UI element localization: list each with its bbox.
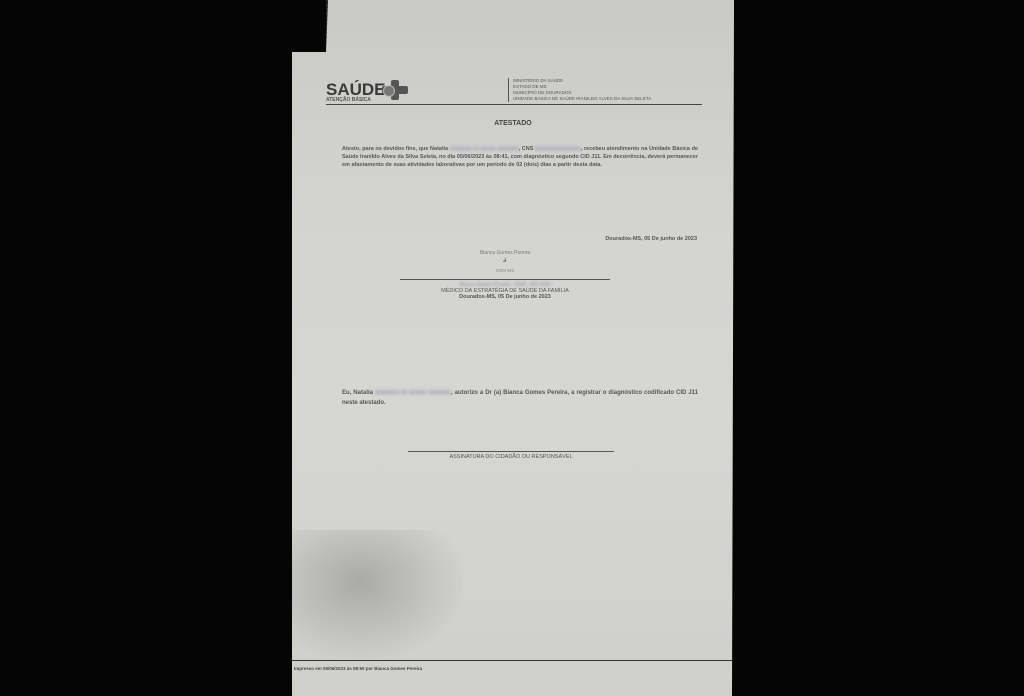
health-cross-icon — [382, 80, 408, 100]
sus-logo-subtitle: ATENÇÃO BÁSICA — [326, 97, 371, 103]
signature-stamp: CRM-MS — [400, 268, 610, 273]
auth-text-1: Eu, Natalia — [342, 390, 375, 396]
citizen-signature-label: ASSINATURA DO CIDADÃO OU RESPONSÁVEL — [408, 454, 614, 460]
doctor-signature-block: Bianca Gomes Pereira 𝓈 CRM-MS Bianca Gom… — [400, 250, 610, 300]
signature-scrawl: 𝓈 — [400, 256, 610, 264]
footer-divider — [292, 660, 734, 661]
signature-date: Dourados-MS, 05 De junho de 2023 — [400, 294, 610, 300]
body-text-1: Atesto, para os devidos fins, que Natali… — [342, 146, 450, 152]
body-text-2: , CNS — [519, 146, 535, 152]
authorization-text: Eu, Natalia xxxxxxx xx xxxxx xxxxxxx, au… — [342, 388, 698, 408]
document-page: SAÚDE ATENÇÃO BÁSICA Ministério da Saúde… — [292, 0, 734, 696]
print-footer: Impresso em 05/06/2023 às 08:50 por Bian… — [294, 666, 422, 671]
redacted-crm: Bianca Gomes Pereira - CRM - MS 0000 — [400, 282, 610, 288]
citizen-signature-line — [408, 451, 614, 452]
redacted-patient-name: xxxxxxx xx xxxxx xxxxxxx — [375, 390, 451, 396]
org-line: Unidade Básica de Saúde Iranildo Alves d… — [513, 96, 713, 102]
header-organization: Ministério da Saúde Estado de MS Municíp… — [508, 78, 713, 102]
signature-line — [400, 279, 610, 280]
shadow — [292, 530, 462, 660]
redacted-patient-name: xxxxxxx xx xxxxx xxxxxxx — [450, 146, 519, 152]
header-divider — [326, 104, 702, 105]
place-date: Dourados-MS, 05 De junho de 2023 — [492, 236, 697, 242]
certificate-body: Atesto, para os devidos fins, que Natali… — [342, 145, 698, 169]
document-title: ATESTADO — [292, 120, 734, 127]
redacted-cns: xxxxxxxxxxxxxxx — [535, 146, 581, 152]
